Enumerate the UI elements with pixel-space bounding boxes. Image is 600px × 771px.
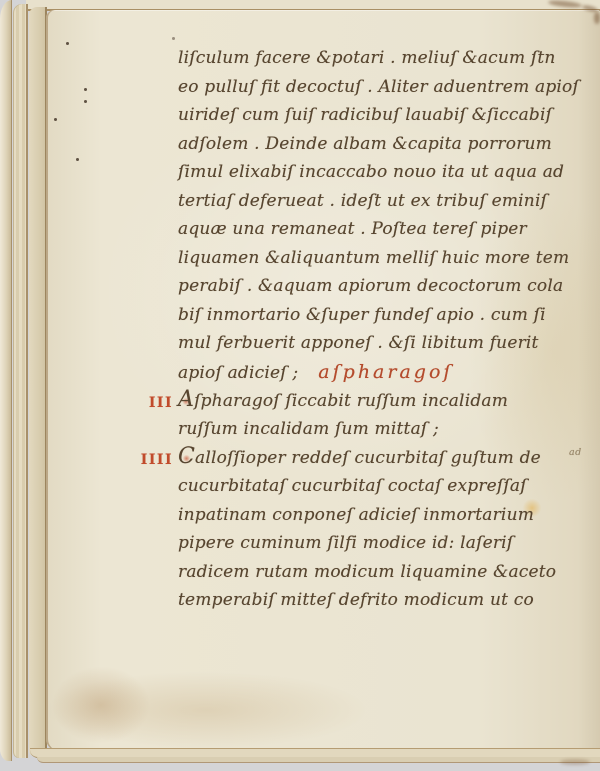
- line-text: liſculum facere &potari . meliuſ &acum ſ…: [178, 48, 556, 68]
- bottom-leaf-edge: [37, 757, 600, 763]
- drop-initial: A: [178, 387, 194, 412]
- manuscript-line: liquamen &aliquantum melliſ huic more te…: [178, 244, 582, 273]
- manuscript-line: eo pulluſ fit decoctuſ . Aliter aduentre…: [178, 73, 582, 102]
- manuscript-line: ſimul elixabiſ incaccabo nouo ita ut aqu…: [178, 158, 582, 187]
- line-text: liquamen &aliquantum melliſ huic more te…: [178, 248, 569, 268]
- ink-speck: [66, 42, 69, 45]
- manuscript-line: liſculum facere &potari . meliuſ &acum ſ…: [178, 44, 582, 73]
- margin-note: ad: [569, 439, 582, 468]
- manuscript-line: cucurbitataſ cucurbitaſ coctaſ expreſſaſ: [178, 472, 582, 501]
- gutter-leaf-edge: [29, 7, 47, 756]
- ink-speck: [84, 88, 87, 91]
- edge-wear-stain: [560, 759, 590, 765]
- manuscript-line: temperabiſ mitteſ defrito modicum ut co: [178, 586, 582, 615]
- manuscript-line: apioſ adicieſ ;aſpharagoſ: [178, 358, 582, 387]
- line-text: adſolem . Deinde albam &capita porrorum: [178, 134, 552, 154]
- text-block: liſculum facere &potari . meliuſ &acum ſ…: [178, 44, 582, 615]
- chapter-numeral: IIII: [131, 446, 173, 475]
- manuscript-line: IIIAſpharagoſ ſiccabit ruſſum incalidam: [178, 387, 582, 416]
- manuscript-line: adſolem . Deinde albam &capita porrorum: [178, 130, 582, 159]
- line-text: ſimul elixabiſ incaccabo nouo ita ut aqu…: [178, 162, 564, 182]
- line-text: uirideſ cum ſuiſ radicibuſ lauabiſ &ſicc…: [178, 105, 552, 125]
- manuscript-photo: liſculum facere &potari . meliuſ &acum ſ…: [0, 0, 600, 771]
- line-text: mul ferbuerit apponeſ . &ſi libitum fuer…: [178, 333, 539, 353]
- ink-speck: [54, 118, 57, 121]
- line-text: tertiaſ deferueat . ideſt ut ex tribuſ e…: [178, 191, 547, 211]
- ink-speck: [172, 37, 175, 40]
- manuscript-line: biſ inmortario &ſuper fundeſ apio . cum …: [178, 301, 582, 330]
- line-text: alloſſioper reddeſ cucurbitaſ guſtum de: [195, 448, 541, 468]
- manuscript-line: mul ferbuerit apponeſ . &ſi libitum fuer…: [178, 329, 582, 358]
- manuscript-line: pipere cuminum ſilfi modice id: laſeriſ: [178, 529, 582, 558]
- manuscript-line: ruſſum incalidam ſum mittaſ ;: [178, 415, 582, 444]
- ink-speck: [84, 100, 87, 103]
- line-text: aquæ una remaneat . Poſtea tereſ piper: [178, 219, 527, 239]
- manuscript-line: aquæ una remaneat . Poſtea tereſ piper: [178, 215, 582, 244]
- drop-initial: C: [178, 444, 195, 469]
- line-text: pipere cuminum ſilfi modice id: laſeriſ: [178, 533, 513, 553]
- manuscript-line: inpatinam conponeſ adicieſ inmortarium: [178, 501, 582, 530]
- line-text: temperabiſ mitteſ defrito modicum ut co: [178, 590, 534, 610]
- line-text: cucurbitataſ cucurbitaſ coctaſ expreſſaſ: [178, 476, 527, 496]
- edge-wear-stain: [594, 12, 600, 24]
- line-text: eo pulluſ fit decoctuſ . Aliter aduentre…: [178, 77, 579, 97]
- manuscript-line: tertiaſ deferueat . ideſt ut ex tribuſ e…: [178, 187, 582, 216]
- book-spine-edge: [0, 0, 12, 761]
- manuscript-line: radicem rutam modicum liquamine &aceto: [178, 558, 582, 587]
- line-text: apioſ adicieſ ;: [178, 363, 298, 383]
- line-text: perabiſ . &aquam apiorum decoctorum cola: [178, 276, 563, 296]
- manuscript-line: uirideſ cum ſuiſ radicibuſ lauabiſ &ſicc…: [178, 101, 582, 130]
- ink-speck: [76, 158, 79, 161]
- manuscript-line: IIIICalloſſioper reddeſ cucurbitaſ guſtu…: [178, 444, 582, 473]
- line-text: radicem rutam modicum liquamine &aceto: [178, 562, 556, 582]
- rubric-heading: aſpharagoſ: [318, 361, 453, 383]
- chapter-numeral: III: [131, 389, 173, 418]
- manuscript-line: perabiſ . &aquam apiorum decoctorum cola: [178, 272, 582, 301]
- line-text: inpatinam conponeſ adicieſ inmortarium: [178, 505, 534, 525]
- line-text: ruſſum incalidam ſum mittaſ ;: [178, 419, 439, 439]
- line-text: biſ inmortario &ſuper fundeſ apio . cum …: [178, 305, 546, 325]
- gutter-leaf-edge: [13, 4, 28, 758]
- line-text: ſpharagoſ ſiccabit ruſſum incalidam: [194, 391, 508, 411]
